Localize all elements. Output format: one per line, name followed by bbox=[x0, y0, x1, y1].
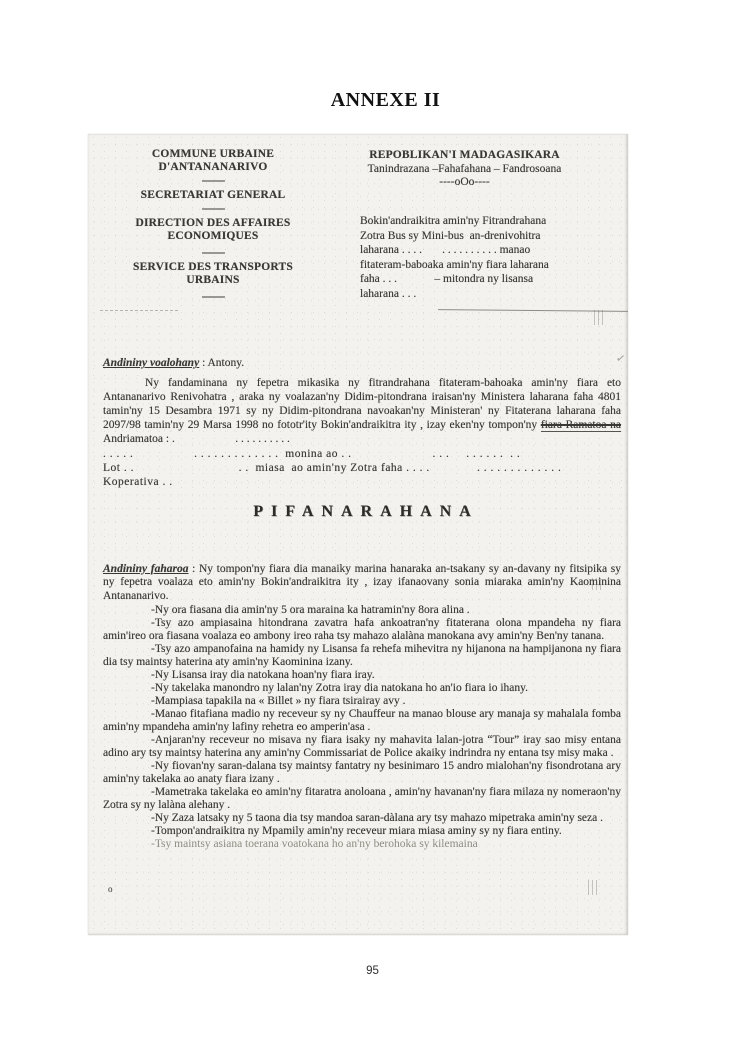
struck-out-text: fiara Ramatoa na bbox=[541, 419, 621, 432]
fill-line-koperativa: Koperativa . . bbox=[103, 475, 621, 489]
republic-motto: Tanindrazana –Fahafahana – Fandrosoana bbox=[352, 162, 577, 176]
circle-mark: o bbox=[108, 884, 113, 894]
rule-item: -Mametraka takelaka eo amin'ny fitaratra… bbox=[103, 786, 621, 812]
service-transports-urbains: SERVICE DES TRANSPORTS URBAINS bbox=[128, 261, 298, 287]
fill-line-lot: Lot . . . . miasa ao amin'ny Zotra faha … bbox=[103, 461, 621, 475]
agreement-title: PIFANARAHANA bbox=[103, 503, 621, 521]
republic-title: REPOBLIKAN'I MADAGASIKARA bbox=[352, 148, 577, 162]
article1-label-suffix: : Antony. bbox=[199, 357, 244, 369]
scanned-document: COMMUNE URBAINE D'ANTANANARIVO -------- … bbox=[88, 134, 628, 935]
rule-item: -Tompon'andraikitra ny Mpamily amin'ny r… bbox=[103, 825, 621, 838]
header-right-column: REPOBLIKAN'I MADAGASIKARA Tanindrazana –… bbox=[352, 148, 577, 305]
secretariat-general: SECRETARIAT GENERAL bbox=[128, 189, 298, 202]
faint-dash-marks bbox=[100, 310, 178, 311]
rule-item: -Tsy azo ampanofaina na hamidy ny Lisans… bbox=[103, 643, 621, 669]
rules-list: -Ny ora fiasana dia amin'ny 5 ora marain… bbox=[103, 604, 621, 851]
commune-name: COMMUNE URBAINE D'ANTANANARIVO bbox=[128, 148, 298, 174]
rule-item: -Ny Zaza latsaky ny 5 taona dia tsy mand… bbox=[103, 812, 621, 825]
scan-artifact-mark bbox=[592, 578, 603, 590]
document-header: COMMUNE URBAINE D'ANTANANARIVO -------- … bbox=[103, 148, 621, 305]
rule-item: -Anjaran'ny receveur no misava ny fiara … bbox=[103, 734, 621, 760]
rule-item: -Ny ora fiasana dia amin'ny 5 ora marain… bbox=[103, 604, 621, 617]
article1-text-end: Andriamatoa : . bbox=[103, 433, 175, 445]
rule-item: -Mampiasa tapakila na « Billet » ny fiar… bbox=[103, 695, 621, 708]
rule-item: -Ny Lisansa iray dia natokana hoan'ny fi… bbox=[103, 669, 621, 682]
dotted-fill: . . . . . . . . . . bbox=[175, 433, 290, 445]
check-mark: ✓ bbox=[615, 351, 626, 365]
header-left-column: COMMUNE URBAINE D'ANTANANARIVO -------- … bbox=[128, 148, 298, 305]
separator-dashes: -------- bbox=[128, 249, 298, 258]
article1-paragraph: Ny fandaminana ny fepetra mikasika ny fi… bbox=[103, 377, 621, 447]
scan-artifact-mark bbox=[588, 880, 599, 895]
separator-dashes: -------- bbox=[128, 205, 298, 214]
page-title: ANNEXE II bbox=[0, 89, 745, 112]
ooo-separator: ----oOo---- bbox=[352, 176, 577, 188]
separator-dashes: -------- bbox=[128, 293, 298, 302]
rule-item: -Tsy azo ampiasaina hitondrana zavatra h… bbox=[103, 617, 621, 643]
scan-artifact-mark bbox=[594, 310, 605, 325]
article2-label: Andininy faharoa bbox=[103, 563, 188, 575]
article1-heading: Andininy voalohany : Antony. bbox=[103, 357, 621, 369]
article2-paragraph: Andininy faharoa : Ny tompon'ny fiara di… bbox=[103, 563, 621, 605]
rule-item: -Manao fitafiana madio ny receveur sy ny… bbox=[103, 708, 621, 734]
rule-item: -Ny fiovan'ny saran-dalana tsy maintsy f… bbox=[103, 760, 621, 786]
rule-item: -Tsy maintsy asiana toerana voatokana ho… bbox=[103, 838, 621, 851]
registry-description: Bokin'andraikitra amin'ny Fitrandrahana … bbox=[360, 214, 577, 301]
page-number: 95 bbox=[0, 965, 745, 977]
fill-line-monina: . . . . . . . . . . . . . . . . . . moni… bbox=[103, 447, 621, 461]
rule-item: -Ny takelaka manondro ny lalan'ny Zotra … bbox=[103, 682, 621, 695]
direction-affaires-economiques: DIRECTION DES AFFAIRES ECONOMIQUES bbox=[128, 217, 298, 243]
article1-label: Andininy voalohany bbox=[103, 357, 199, 369]
separator-dashes: -------- bbox=[128, 177, 298, 186]
